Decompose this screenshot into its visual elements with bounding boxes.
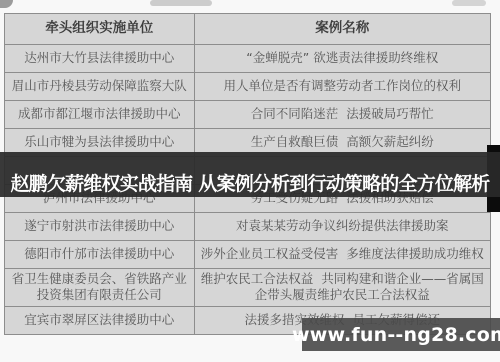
table-row: 成都市都江堰市法律援助中心 合同不同陷迷茫 法援破局巧帮忙 [5,101,491,129]
table-row: 遂宁市射洪市法律援助中心 对袁某某劳动争议纠纷提供法律援助案 [5,213,491,241]
case-cell: 维护农民工合法权益 共同构建和谐企业——省属国企带头履责维护农民工合法权益 [194,269,490,307]
table-row: 眉山市丹棱县劳动保障监察大队 用人单位是否有调整劳动者工作岗位的权利 [5,73,491,101]
case-cell: 涉外企业员工权益受侵害 多维度法律援助成功维权 [194,241,490,269]
table-row: 省卫生健康委员会、省铁路产业投资集团有限责任公司 维护农民工合法权益 共同构建和… [5,269,491,307]
org-cell: 眉山市丹棱县劳动保障监察大队 [5,73,195,101]
overlay-title-text: 赵鹏欠薪维权实战指南 从案例分析到行动策略的全方位解析 [10,174,489,197]
case-cell: 对袁某某劳动争议纠纷提供法律援助案 [194,213,490,241]
watermark-banner: www.fun--ng28.com [302,318,500,351]
org-cell: 宜宾市翠屏区法律援助中心 [5,306,195,334]
top-left-corner-artifact [0,0,13,8]
case-cell: 用人单位是否有调整劳动者工作岗位的权利 [194,73,490,101]
top-edge-artifact [150,0,212,6]
org-cell: 成都市都江堰市法律援助中心 [5,101,195,129]
screenshot-root: 牵头组织实施单位 案例名称 达州市大竹县法律援助中心 “金蝉脱壳” 欲逃责法律援… [0,0,500,362]
table-row: 德阳市什邡市法律援助中心 涉外企业员工权益受侵害 多维度法律援助成功维权 [5,241,491,269]
org-cell: 达州市大竹县法律援助中心 [5,45,195,73]
org-cell: 省卫生健康委员会、省铁路产业投资集团有限责任公司 [5,269,195,307]
title-overlay-banner: 赵鹏欠薪维权实战指南 从案例分析到行动策略的全方位解析 [0,152,500,197]
case-cell: 合同不同陷迷茫 法援破局巧帮忙 [194,101,490,129]
header-case-column: 案例名称 [194,14,490,45]
case-cell: “金蝉脱壳” 欲逃责法律援助终维权 [194,45,490,73]
header-org-column: 牵头组织实施单位 [5,14,195,45]
table-row: 达州市大竹县法律援助中心 “金蝉脱壳” 欲逃责法律援助终维权 [5,45,491,73]
org-cell: 遂宁市射洪市法律援助中心 [5,213,195,241]
top-edge-artifact [452,0,486,6]
table-header-row: 牵头组织实施单位 案例名称 [5,14,491,45]
org-cell: 德阳市什邡市法律援助中心 [5,241,195,269]
watermark-url-text: www.fun--ng28.com [292,324,500,346]
